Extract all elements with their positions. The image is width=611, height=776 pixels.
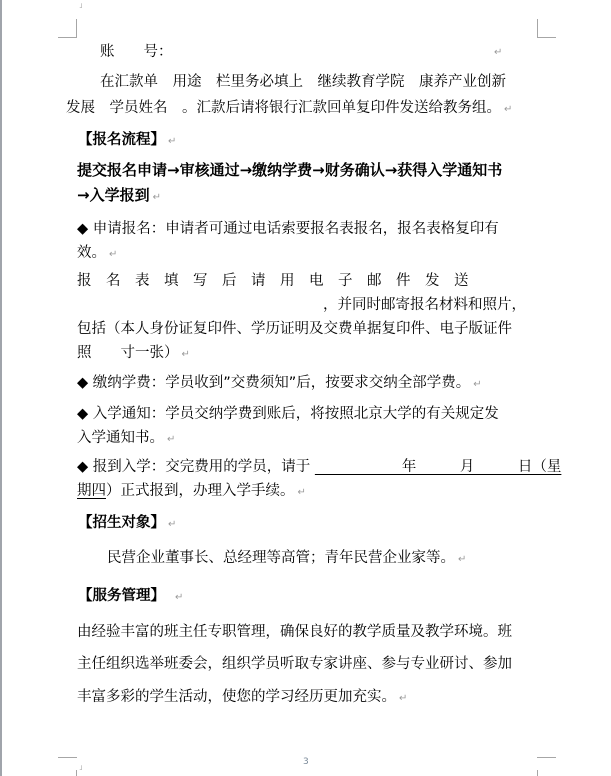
pay-tuition-item: ◆ 缴纳学费：学员收到”交费须知”后，按要求交纳全部学费。↵ [77, 374, 482, 394]
crop-mark-bottom-left-v [76, 770, 77, 776]
crop-mark-top-right-h [537, 37, 556, 38]
remittance-note-line1: 在汇款单 用途 栏里务必填上 继续教育学院 康养产业创新 [100, 73, 506, 91]
account-line: 账 号： [100, 43, 173, 61]
footer-anchor-mark: ˩ [79, 764, 82, 772]
apply-item-line1: ◆ 申请报名：申请者可通过电话索要报名表报名，报名表格复印有 [77, 220, 499, 238]
crop-mark-top-right-v [537, 19, 538, 38]
crop-mark-top-left-v [76, 19, 77, 38]
section-heading-service-management: 【服务管理】↵ [78, 587, 183, 607]
admission-notice-line1: ◆ 入学通知：学员交纳学费到账后，将按照北京大学的有关规定发 [77, 405, 499, 423]
section-heading-enrollment-process: 【报名流程】↵ [78, 131, 176, 151]
diamond-bullet-icon: ◆ [77, 375, 88, 391]
remittance-note-line2: 发展 学员姓名 。汇款后请将银行汇款回单复印件发送给教务组。↵ [66, 99, 512, 119]
apply-item-line2: 效。↵ [77, 244, 117, 264]
email-form-line4: 照 寸一张）↵ [77, 344, 190, 364]
paragraph-mark: ↵ [494, 47, 502, 58]
diamond-bullet-icon: ◆ [77, 221, 88, 237]
email-form-line2: ，并同时邮寄报名材料和照片， [323, 296, 526, 314]
enrollment-flow-line2: →入学报到↵ [77, 186, 161, 207]
service-management-line1: 由经验丰富的班主任专职管理，确保良好的教学质量及教学环境。班 [77, 623, 512, 641]
diamond-bullet-icon: ◆ [77, 406, 88, 422]
registration-date-blank: 年 月 日（星 [315, 459, 562, 475]
service-management-line3: 丰富多彩的学生活动，使您的学习经历更加充实。↵ [77, 688, 407, 708]
section-heading-target-students: 【招生对象】↵ [78, 514, 176, 534]
header-anchor-mark: ˩ [79, 2, 82, 10]
crop-mark-bottom-right-v [537, 770, 538, 776]
account-label: 账 号： [100, 44, 173, 60]
target-students-text: 民营企业董事长、总经理等高管；青年民营企业家等。↵ [107, 549, 466, 569]
enrollment-flow-line1: 提交报名申请→审核通过→缴纳学费→财务确认→获得入学通知书 [77, 161, 502, 179]
crop-mark-top-left-h [58, 37, 77, 38]
service-management-line2: 主任组织选举班委会，组织学员听取专家讲座、参与专业研讨、参加 [77, 655, 512, 673]
admission-notice-line2: 入学通知书。↵ [77, 429, 175, 449]
page-edge [0, 0, 2, 776]
crop-mark-bottom-left-h [58, 757, 77, 758]
page-number: 3 [303, 757, 309, 767]
email-form-line1: 报 名 表 填 写 后 请 用 电 子 邮 件 发 送 [77, 272, 469, 290]
registration-line2: 期四）正式报到，办理入学手续。↵ [77, 482, 306, 502]
crop-mark-bottom-right-h [537, 757, 556, 758]
email-form-line3: 包括（本人身份证复印件、学历证明及交费单据复印件、电子版证件 [77, 320, 512, 338]
registration-line1: ◆ 报到入学：交完费用的学员，请于 年 月 日（星 [77, 458, 561, 476]
diamond-bullet-icon: ◆ [77, 459, 88, 475]
